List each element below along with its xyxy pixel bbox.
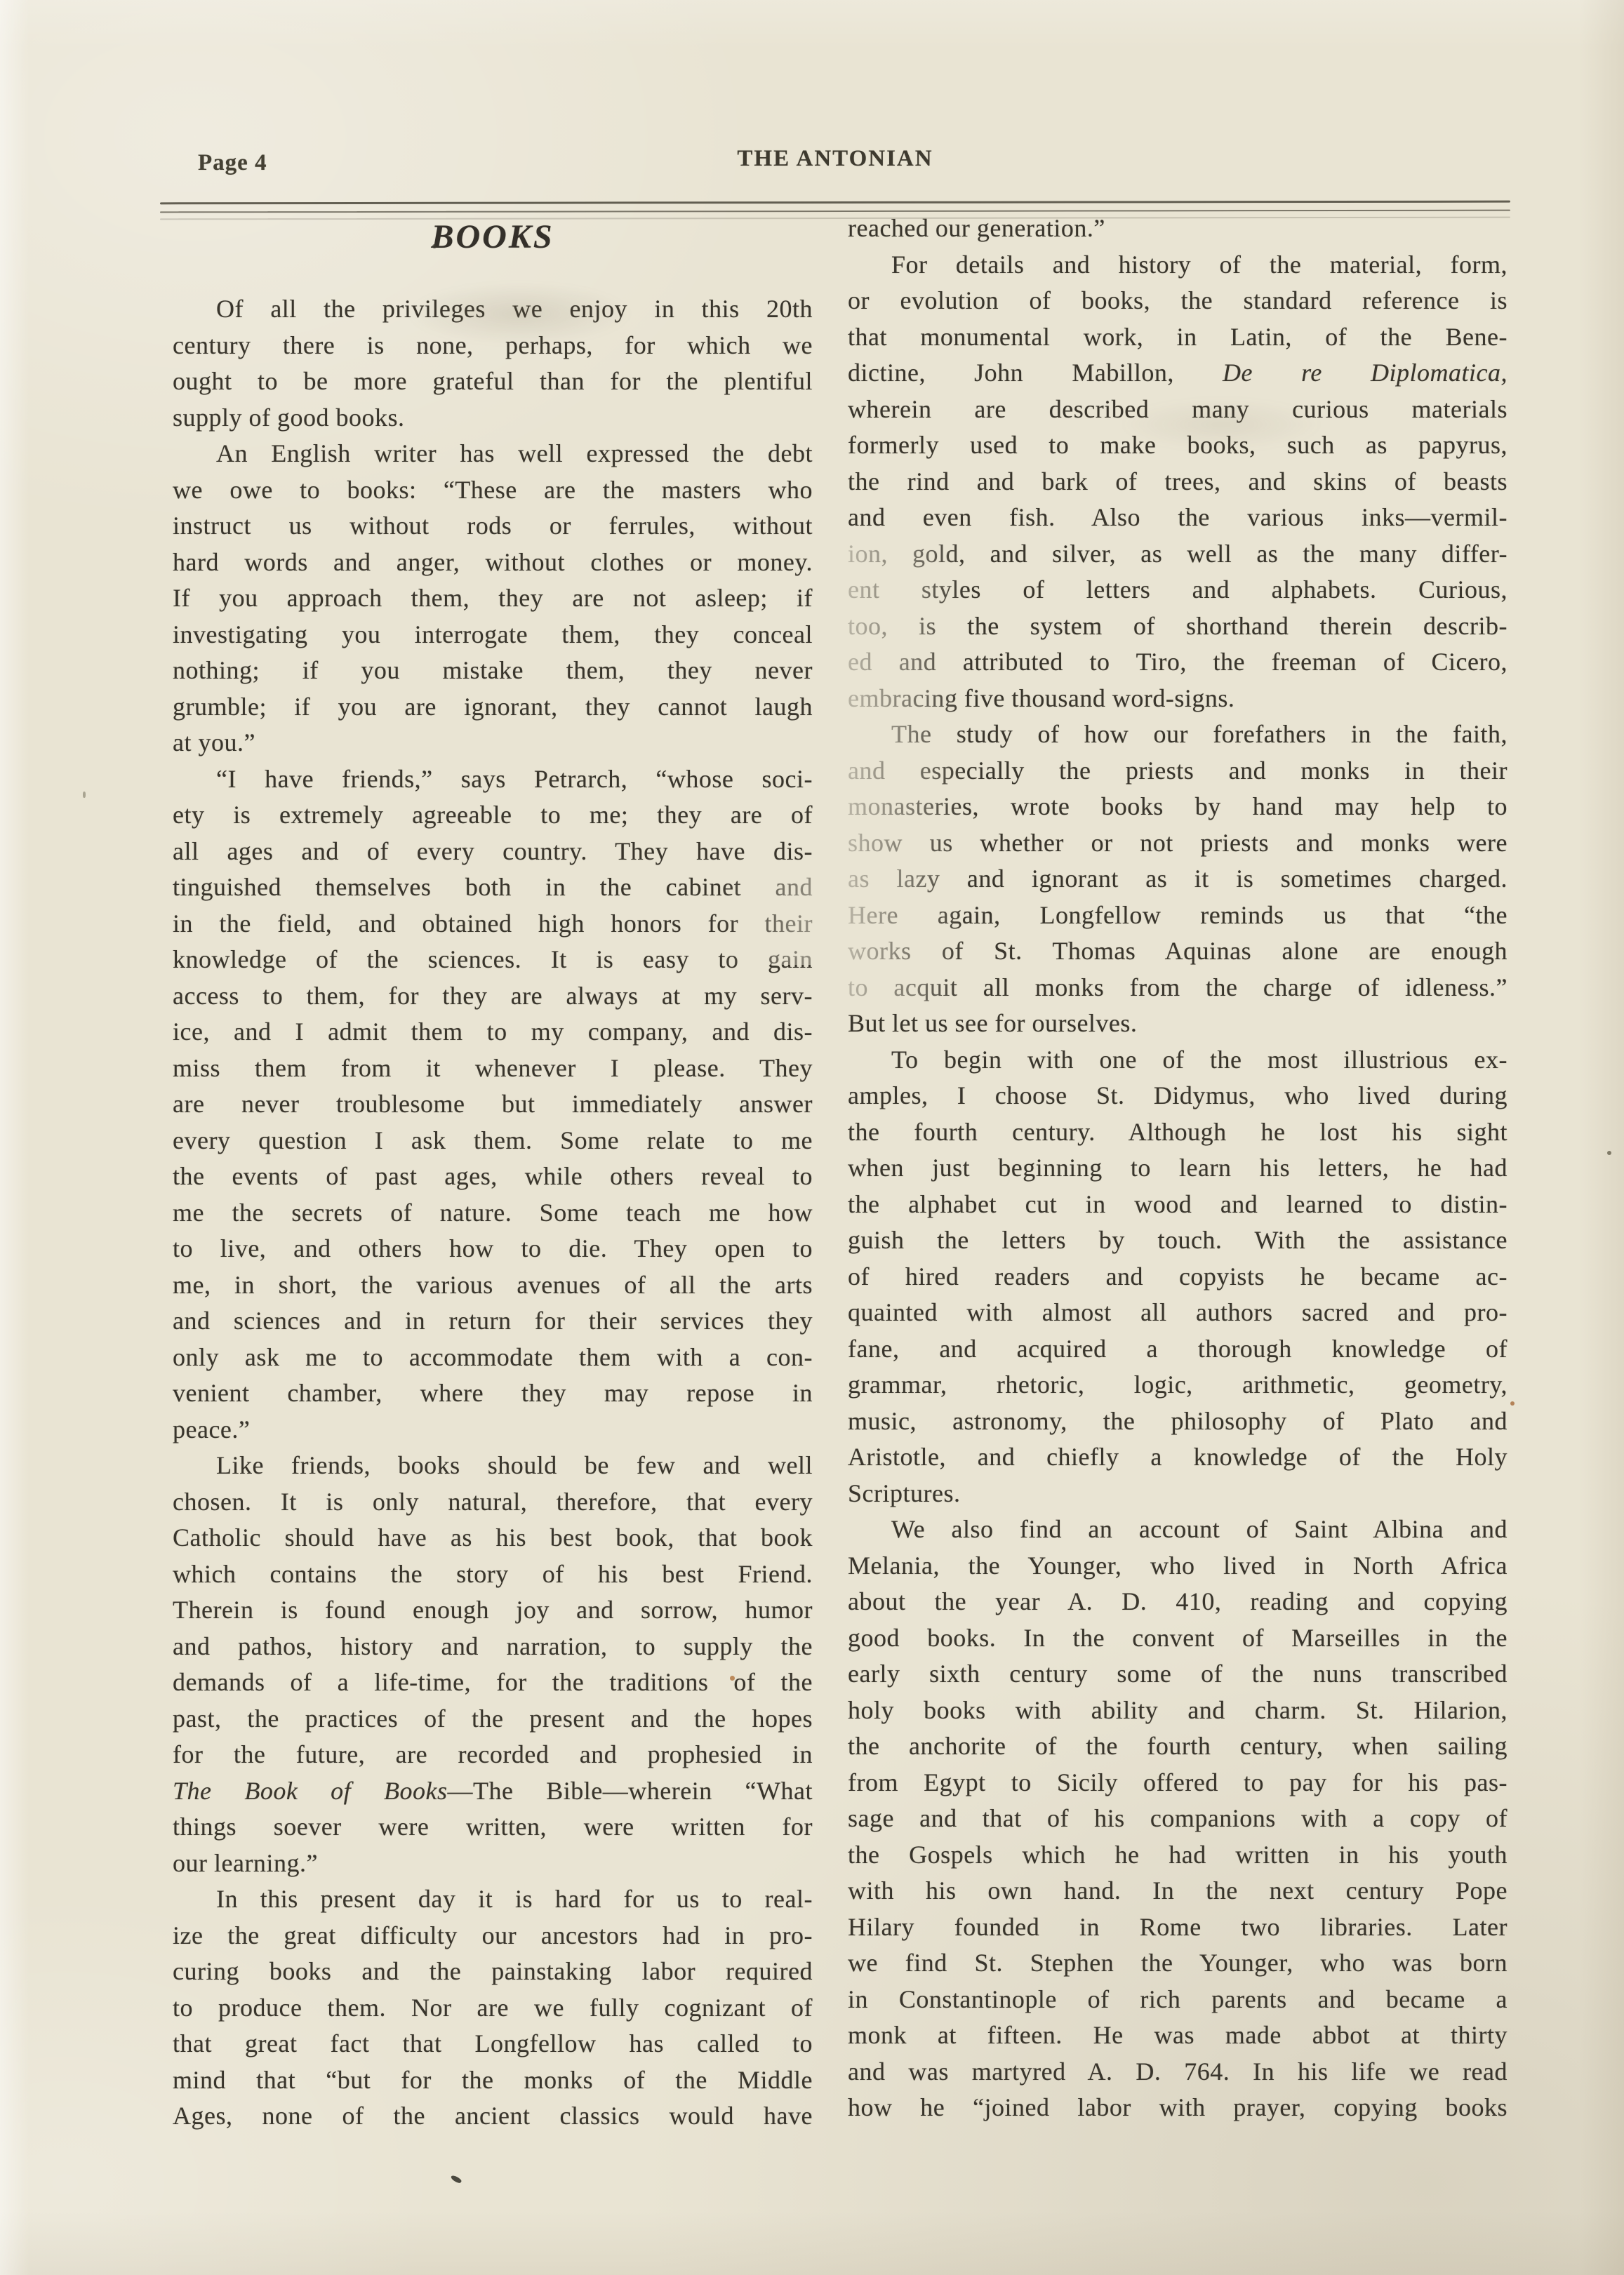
text-line: peace.” xyxy=(173,1412,813,1448)
paragraph: Of all the privileges we enjoy in this 2… xyxy=(173,291,813,436)
text-line: the Gospels which he had written in his … xyxy=(848,1837,1507,1874)
text-line: Melania, the Younger, who lived in North… xyxy=(848,1548,1507,1585)
text-line: good books. In the convent of Marseilles… xyxy=(848,1620,1507,1657)
header-rule-top xyxy=(160,201,1510,205)
text-line: dictine, John Mabillon, De re Diplomatic… xyxy=(848,355,1507,392)
text-line: grammar, rhetoric, logic, arithmetic, ge… xyxy=(848,1367,1507,1403)
text-line: from Egypt to Sicily offered to pay for … xyxy=(848,1765,1507,1801)
text-line: in the field, and obtained high honors f… xyxy=(173,906,813,942)
text-line: only ask me to accommodate them with a c… xyxy=(173,1340,813,1376)
text-line: curing books and the painstaking labor r… xyxy=(173,1954,813,1990)
text-line: instruct us without rods or ferrules, wi… xyxy=(173,508,813,545)
paragraph: To begin with one of the most illustriou… xyxy=(848,1042,1507,1512)
text-line: chosen. It is only natural, therefore, t… xyxy=(173,1484,813,1521)
text-line: to acquit all monks from the charge of i… xyxy=(848,970,1507,1006)
text-line: holy books with ability and charm. St. H… xyxy=(848,1693,1507,1729)
article-column-left: Of all the privileges we enjoy in this 2… xyxy=(173,291,813,2135)
text-line: sage and that of his companions with a c… xyxy=(848,1801,1507,1837)
paragraph: An English writer has well expressed the… xyxy=(173,436,813,761)
text-line: amples, I choose St. Didymus, who lived … xyxy=(848,1078,1507,1114)
text-line: ice, and I admit them to my company, and… xyxy=(173,1014,813,1050)
text-line: Catholic should have as his best book, t… xyxy=(173,1520,813,1556)
text-line: Here again, Longfellow reminds us that “… xyxy=(848,898,1507,934)
text-line: the anchorite of the fourth century, whe… xyxy=(848,1728,1507,1765)
text-line: me, in short, the various avenues of all… xyxy=(173,1267,813,1304)
text-line: ent styles of letters and alphabets. Cur… xyxy=(848,572,1507,608)
ink-speck xyxy=(1607,1151,1611,1155)
text-line: with his own hand. In the next century P… xyxy=(848,1873,1507,1909)
text-line: supply of good books. xyxy=(173,400,813,436)
paragraph: The study of how our forefathers in the … xyxy=(848,716,1507,1042)
text-line: to live, and others how to die. They ope… xyxy=(173,1231,813,1267)
text-line: formerly used to make books, such as pap… xyxy=(848,427,1507,464)
text-line: miss them from it whenever I please. The… xyxy=(173,1050,813,1087)
text-line: “I have friends,” says Petrarch, “whose … xyxy=(173,761,813,798)
text-line: ety is extremely agreeable to me; they a… xyxy=(173,797,813,834)
text-line: venient chamber, where they may repose i… xyxy=(173,1375,813,1412)
text-line: and was martyred A. D. 764. In his life … xyxy=(848,2054,1507,2090)
text-line: things soever were written, were written… xyxy=(173,1809,813,1846)
text-line: wherein are described many curious mater… xyxy=(848,392,1507,428)
text-line: how he “joined labor with prayer, copyin… xyxy=(848,2090,1507,2126)
text-line: quainted with almost all authors sacred … xyxy=(848,1295,1507,1331)
text-line: ion, gold, and silver, as well as the ma… xyxy=(848,536,1507,573)
text-line: me the secrets of nature. Some teach me … xyxy=(173,1195,813,1232)
text-line: when just beginning to learn his letters… xyxy=(848,1150,1507,1187)
text-line: our learning.” xyxy=(173,1846,813,1882)
text-line: music, astronomy, the philosophy of Plat… xyxy=(848,1403,1507,1440)
text-line: But let us see for ourselves. xyxy=(848,1006,1507,1042)
text-line: ed and attributed to Tiro, the freeman o… xyxy=(848,644,1507,681)
paragraph: Like friends, books should be few and we… xyxy=(173,1448,813,1881)
text-line: too, is the system of shorthand therein … xyxy=(848,608,1507,645)
text-line: the rind and bark of trees, and skins of… xyxy=(848,464,1507,500)
text-line: works of St. Thomas Aquinas alone are en… xyxy=(848,933,1507,970)
text-line: about the year A. D. 410, reading and co… xyxy=(848,1584,1507,1620)
text-line: and pathos, history and narration, to su… xyxy=(173,1629,813,1665)
text-line: monk at fifteen. He was made abbot at th… xyxy=(848,2017,1507,2054)
text-line: the alphabet cut in wood and learned to … xyxy=(848,1187,1507,1223)
text-line: The Book of Books—The Bible—wherein “Wha… xyxy=(173,1773,813,1810)
text-line: hard words and anger, without clothes or… xyxy=(173,545,813,581)
text-line: in Constantinople of rich parents and be… xyxy=(848,1982,1507,2018)
text-line: For details and history of the material,… xyxy=(848,247,1507,283)
text-line: guish the letters by touch. With the ass… xyxy=(848,1222,1507,1259)
text-line: Of all the privileges we enjoy in this 2… xyxy=(173,291,813,328)
text-line: of hired readers and copyists he became … xyxy=(848,1259,1507,1295)
text-line: mind that “but for the monks of the Midd… xyxy=(173,2062,813,2099)
text-line: century there is none, perhaps, for whic… xyxy=(173,328,813,364)
text-line: all ages and of every country. They have… xyxy=(173,834,813,870)
scanned-newspaper-page: { "header": { "page_label": "Page 4", "m… xyxy=(0,0,1624,2275)
ink-speck xyxy=(83,792,86,798)
text-line: we find St. Stephen the Younger, who was… xyxy=(848,1945,1507,1982)
text-line: that monumental work, in Latin, of the B… xyxy=(848,319,1507,356)
text-line: ought to be more grateful than for the p… xyxy=(173,363,813,400)
text-line: Therein is found enough joy and sorrow, … xyxy=(173,1592,813,1629)
text-line: and even fish. Also the various inks—ver… xyxy=(848,500,1507,536)
text-line: as lazy and ignorant as it is sometimes … xyxy=(848,861,1507,898)
article-title: BOOKS xyxy=(173,216,813,258)
text-line: To begin with one of the most illustriou… xyxy=(848,1042,1507,1079)
text-line: that great fact that Longfellow has call… xyxy=(173,2026,813,2062)
text-line: and sciences and in return for their ser… xyxy=(173,1303,813,1340)
text-line: An English writer has well expressed the… xyxy=(173,436,813,472)
paragraph: For details and history of the material,… xyxy=(848,247,1507,717)
text-line: ize the great difficulty our ancestors h… xyxy=(173,1918,813,1954)
text-line: or evolution of books, the standard refe… xyxy=(848,283,1507,319)
text-line: monasteries, wrote books by hand may hel… xyxy=(848,789,1507,825)
text-line: demands of a life-time, for the traditio… xyxy=(173,1664,813,1701)
text-line: The study of how our forefathers in the … xyxy=(848,716,1507,753)
text-line: at you.” xyxy=(173,725,813,761)
text-line: We also find an account of Saint Albina … xyxy=(848,1512,1507,1548)
article-column-right: reached our generation.”For details and … xyxy=(848,211,1507,2126)
text-line: embracing five thousand word-signs. xyxy=(848,681,1507,717)
paragraph: reached our generation.” xyxy=(848,211,1507,247)
text-line: the fourth century. Although he lost his… xyxy=(848,1114,1507,1151)
text-line: reached our generation.” xyxy=(848,211,1507,247)
text-line: to produce them. Nor are we fully cogniz… xyxy=(173,1990,813,2027)
text-line: Hilary founded in Rome two libraries. La… xyxy=(848,1909,1507,1946)
text-line: fane, and acquired a thorough knowledge … xyxy=(848,1331,1507,1368)
text-line: show us whether or not priests and monks… xyxy=(848,825,1507,862)
ink-speck xyxy=(450,2174,462,2184)
text-line: for the future, are recorded and prophes… xyxy=(173,1737,813,1773)
text-line: the events of past ages, while others re… xyxy=(173,1159,813,1195)
text-line: past, the practices of the present and t… xyxy=(173,1701,813,1737)
paragraph: In this present day it is hard for us to… xyxy=(173,1881,813,2135)
text-line: Like friends, books should be few and we… xyxy=(173,1448,813,1484)
text-line: Ages, none of the ancient classics would… xyxy=(173,2098,813,2135)
text-line: nothing; if you mistake them, they never xyxy=(173,653,813,689)
masthead-title: THE ANTONIAN xyxy=(161,145,1509,173)
paragraph: “I have friends,” says Petrarch, “whose … xyxy=(173,761,813,1448)
text-line: knowledge of the sciences. It is easy to… xyxy=(173,942,813,978)
text-line: Aristotle, and chiefly a knowledge of th… xyxy=(848,1439,1507,1476)
text-line: we owe to books: “These are the masters … xyxy=(173,472,813,509)
text-line: tinguished themselves both in the cabine… xyxy=(173,869,813,906)
text-line: every question I ask them. Some relate t… xyxy=(173,1123,813,1159)
text-line: which contains the story of his best Fri… xyxy=(173,1556,813,1593)
text-line: are never troublesome but immediately an… xyxy=(173,1086,813,1123)
text-line: In this present day it is hard for us to… xyxy=(173,1881,813,1918)
text-line: investigating you interrogate them, they… xyxy=(173,617,813,653)
text-line: Scriptures. xyxy=(848,1476,1507,1512)
paragraph: We also find an account of Saint Albina … xyxy=(848,1512,1507,2126)
text-line: access to them, for they are always at m… xyxy=(173,978,813,1015)
text-line: If you approach them, they are not aslee… xyxy=(173,580,813,617)
text-line: and especially the priests and monks in … xyxy=(848,753,1507,789)
text-line: early sixth century some of the nuns tra… xyxy=(848,1656,1507,1693)
ink-speck xyxy=(1510,1401,1515,1406)
text-line: grumble; if you are ignorant, they canno… xyxy=(173,689,813,726)
